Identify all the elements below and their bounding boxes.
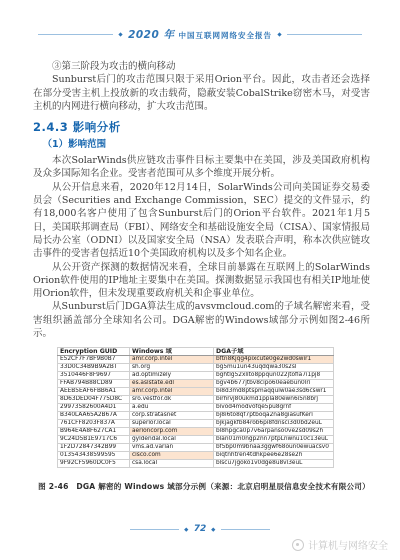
table-row: 1F2D72847342B99vms.ad.varianbf5bp0m9bnaa… (58, 444, 334, 452)
cell-dga: bj8i6to8qf7ptboqa2na8giasufKeri (214, 412, 334, 420)
watermark-text: 计算机与网络安全 (308, 537, 388, 552)
paragraph-sec-filing: 从公开信息来看，2020年12月14日，SolarWinds公司向美国证券交易委… (33, 181, 370, 261)
col-header-encryption-guid: Encryption GUID (58, 348, 130, 356)
footer-rule-right (221, 529, 270, 530)
table-row: 9C24D5B1E9717C6gyldendal.localblan01m0ng… (58, 436, 334, 444)
report-page: 2020 年 中国互联网网络安全报告 ③第三阶段为攻击的横向移动 Sunburs… (0, 0, 400, 560)
table-row: FFAB794B88CD89es.aslstate.edlbgv4b677jtb… (58, 380, 334, 388)
cell-domain: amr.corp.intel (130, 388, 214, 396)
table-row: 9F92CF5960DC0F5csa.localblscu7jgoko1v0dg… (58, 460, 334, 468)
table-row: 013543438599595cisco.combiqtnhtren4tdhkp… (58, 452, 334, 460)
cell-guid: FFAB794B88CD89 (58, 380, 130, 388)
cell-domain: sro.vestfor.dk (130, 396, 214, 404)
figure-2-46: Encryption GUID Windows 域 DGA子域 E52CF7F7… (57, 347, 370, 468)
table-row: 29973582600A4D1a.edubivod4modvofqe5pu8gr… (58, 404, 334, 412)
figure-caption: 图 2-46 DGA 解密的 Windows 域部分示例（来源：北京启明星辰信息… (33, 481, 375, 492)
cell-dga: bgv4b677jtbv8cipo60eaebun0lri (214, 380, 334, 388)
table-row: E52CF7F7BF9B0B7amr.corp.intelbftn8Kjqg4p… (58, 356, 334, 364)
col-header-dga-subdomain: DGA子域 (214, 348, 334, 356)
table-row: AEEB5EAF6FBB6A1amr.corp.intelbi8d3md8pts… (58, 388, 334, 396)
cell-guid: B340LAA65A2B67A (58, 412, 130, 420)
cell-guid: 8D63DED04F775D8C (58, 396, 130, 404)
cell-domain: amr.corp.intel (130, 356, 214, 364)
running-header-text: 2020 年 中国互联网网络安全报告 (128, 27, 272, 42)
cell-dga: biqtnhtren4tdhkpee6e28se2h (214, 452, 334, 460)
cell-guid: AEEB5EAF6FBB6A1 (58, 388, 130, 396)
cell-guid: 761CFF8203F837A (58, 420, 130, 428)
dga-table-body: E52CF7F7BF9B0B7amr.corp.intelbftn8Kjqg4p… (58, 356, 334, 468)
table-header-row: Encryption GUID Windows 域 DGA子域 (58, 348, 334, 356)
cell-guid: 33D0C34B9B9A2BT (58, 364, 130, 372)
paragraph-stage3: ③第三阶段为攻击的横向移动 (33, 60, 370, 73)
paragraph-asset-probe: 从公开资产探测的数据情况来看，全球目前暴露在互联网上的SolarWinds Or… (33, 261, 370, 301)
cell-domain: aerioncorp.com (130, 428, 214, 436)
cell-dga: bivod4modvofqe5pu8grnf (214, 404, 334, 412)
table-row: B340LAA65A2B67Acorp.stratasnetbj8i6to8qf… (58, 412, 334, 420)
cell-dga: bftn8Kjqg4pixcute0ge2wd0swir1 (214, 356, 334, 364)
cell-domain: es.aslstate.edl (130, 380, 214, 388)
cell-dga: bg5mu1un43uqdqwa30s2sl (214, 364, 334, 372)
cell-guid: B964E4A8F627CA1 (58, 428, 130, 436)
cell-guid: 9F92CF5960DC0F5 (58, 460, 130, 468)
cell-dga: birhrvj80ukmd1ppla80ewn6i5n8brj (214, 396, 334, 404)
subsection-heading-scope: （1）影响范围 (33, 139, 370, 151)
dga-table: Encryption GUID Windows 域 DGA子域 E52CF7F7… (57, 347, 334, 468)
page-body: ③第三阶段为攻击的横向移动 Sunburst后门的攻击范围只限于采用Orion平… (33, 60, 370, 468)
report-year: 2020 年 (128, 27, 174, 42)
cell-domain: ad.optimizely (130, 372, 214, 380)
watermark: 计算机与网络安全 (292, 537, 388, 552)
cell-domain: a.edu (130, 404, 214, 412)
table-row: 761CFF8203F837Asuperior.localbjkjagkfb84… (58, 420, 334, 428)
cell-dga: blscu7jgoko1v0dge8u8vl3euL (214, 460, 334, 468)
cell-domain: sh.org (130, 364, 214, 372)
paragraph-dga-intro: 从Sunburst后门DGA算法生成的avsvmcloud.com的子域名解密来… (33, 300, 370, 340)
header-diamond-left (118, 32, 122, 36)
cell-dga: bjkjagkfb84rob6pi8fdnsci3d0bd2euL (214, 420, 334, 428)
cell-domain: csa.local (130, 460, 214, 468)
cell-guid: 1F2D72847342B99 (58, 444, 130, 452)
header-rule-right (287, 34, 362, 35)
report-title: 中国互联网网络安全报告 (178, 30, 272, 41)
cell-guid: 9C24D5B1E9717C6 (58, 436, 130, 444)
footer-dot-left (185, 527, 189, 531)
cell-guid: E52CF7F7BF9B0B7 (58, 356, 130, 364)
paragraph-targets: 本次SolarWinds供应链攻击事件目标主要集中在美国，涉及美国政府机构及众多… (33, 154, 370, 181)
cell-dga: blan01m0ngp2nn7ptpLnwnu10c13euL (214, 436, 334, 444)
table-row: 33D0C34B9B9A2BTsh.orgbg5mu1un43uqdqwa30s… (58, 364, 334, 372)
section-heading-243: 2.4.3 影响分析 (33, 120, 370, 134)
page-number-block: 72 (130, 524, 270, 534)
header-diamond-right (277, 32, 281, 36)
cell-dga: bghtlg52xlito8ppqun022jtofia7i1pj8 (214, 372, 334, 380)
cell-dga: bl8hpgca0p7v6arpanso0ve2sd09s2h (214, 428, 334, 436)
cell-domain: vms.ad.varian (130, 444, 214, 452)
cell-domain: superior.local (130, 420, 214, 428)
cell-guid: 013543438599595 (58, 452, 130, 460)
cell-guid: 29973582600A4D1 (58, 404, 130, 412)
table-row: 8D63DED04F775D8Csro.vestfor.dkbirhrvj80u… (58, 396, 334, 404)
running-header: 2020 年 中国互联网网络安全报告 (38, 27, 362, 42)
cell-domain: cisco.com (130, 452, 214, 460)
cell-dga: bf5bp0m9bnaa3ggwf68oun0ewuacsv0 (214, 444, 334, 452)
paragraph-sunburst-scope: Sunburst后门的攻击范围只限于采用Orion平台。因此，攻击者还会选择在部… (33, 73, 370, 113)
footer-rule-left (130, 529, 179, 530)
header-rule-left (38, 34, 113, 35)
table-row: 3510446F8F9697ad.optimizelybghtlg52xlito… (58, 372, 334, 380)
page-number: 72 (194, 524, 207, 534)
table-row: B964E4A8F627CA1aerioncorp.combl8hpgca0p7… (58, 428, 334, 436)
dga-table-head: Encryption GUID Windows 域 DGA子域 (58, 348, 334, 356)
cell-guid: 3510446F8F9697 (58, 372, 130, 380)
col-header-windows-domain: Windows 域 (130, 348, 214, 356)
watermark-logo-icon (292, 539, 304, 551)
footer-dot-right (212, 527, 216, 531)
cell-dga: bi8d3md8ptspmaqqulw0ae3sd6cswr1 (214, 388, 334, 396)
cell-domain: corp.stratasnet (130, 412, 214, 420)
cell-domain: gyldendal.local (130, 436, 214, 444)
